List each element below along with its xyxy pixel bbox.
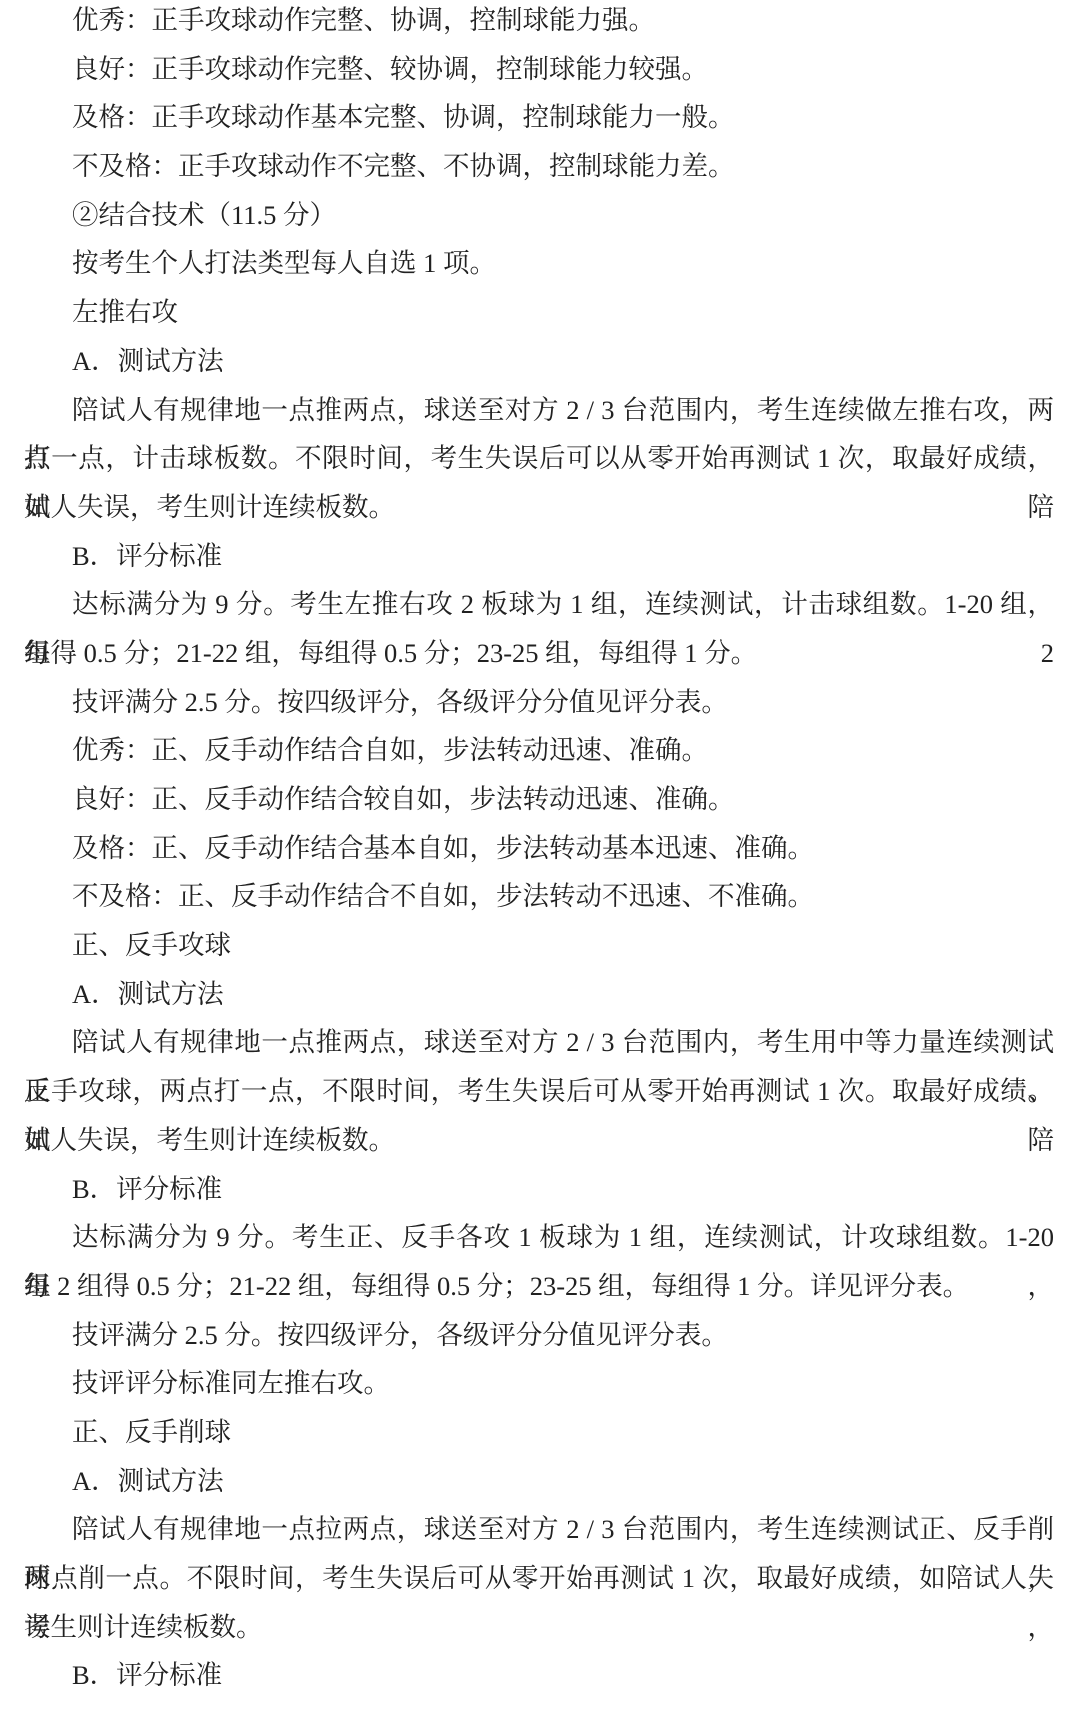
heading-test-method: A．测试方法 (24, 1457, 1054, 1506)
text-line: 打一点，计击球板数。不限时间，考生失误后可以从零开始再测试 1 次，取最好成绩，… (24, 434, 1054, 483)
heading-scoring-standard: B．评分标准 (24, 1651, 1054, 1700)
text-line: 陪试人有规律地一点推两点，球送至对方 2 / 3 台范围内，考生连续做左推右攻，… (24, 386, 1054, 435)
text-line: 陪试人有规律地一点推两点，球送至对方 2 / 3 台范围内，考生用中等力量连续测… (24, 1018, 1054, 1067)
heading-fore-back-chop: 正、反手削球 (24, 1408, 1054, 1457)
text-line: 每 2 组得 0.5 分；21-22 组，每组得 0.5 分；23-25 组，每… (24, 1262, 1054, 1311)
text-line: 反手攻球，两点打一点，不限时间，考生失误后可从零开始再测试 1 次。取最好成绩。… (24, 1067, 1054, 1116)
text-line-grade-pass: 及格：正、反手动作结合基本自如，步法转动基本迅速、准确。 (24, 824, 1054, 873)
text-line-grade-fail: 不及格：正手攻球动作不完整、不协调，控制球能力差。 (24, 142, 1054, 191)
text-line: 达标满分为 9 分。考生左推右攻 2 板球为 1 组，连续测试，计击球组数。1-… (24, 580, 1054, 629)
heading-combined-technique: ②结合技术（11.5 分） (24, 191, 1054, 240)
text-line: 技评满分 2.5 分。按四级评分，各级评分分值见评分表。 (24, 1311, 1054, 1360)
heading-scoring-standard: B．评分标准 (24, 532, 1054, 581)
heading-scoring-standard: B．评分标准 (24, 1165, 1054, 1214)
text-line-grade-good: 良好：正手攻球动作完整、较协调，控制球能力较强。 (24, 45, 1054, 94)
heading-left-push-right-attack: 左推右攻 (24, 288, 1054, 337)
text-line-grade-good: 良好：正、反手动作结合较自如，步法转动迅速、准确。 (24, 775, 1054, 824)
text-line-grade-excellent: 优秀：正手攻球动作完整、协调，控制球能力强。 (24, 0, 1054, 45)
text-line: 达标满分为 9 分。考生正、反手各攻 1 板球为 1 组，连续测试，计攻球组数。… (24, 1213, 1054, 1262)
text-line-grade-pass: 及格：正手攻球动作基本完整、协调，控制球能力一般。 (24, 93, 1054, 142)
document-page: 优秀：正手攻球动作完整、协调，控制球能力强。 良好：正手攻球动作完整、较协调，控… (24, 0, 1054, 1700)
heading-fore-back-attack: 正、反手攻球 (24, 921, 1054, 970)
text-line: 陪试人有规律地一点拉两点，球送至对方 2 / 3 台范围内，考生连续测试正、反手… (24, 1505, 1054, 1554)
text-line-grade-fail: 不及格：正、反手动作结合不自如，步法转动不迅速、不准确。 (24, 872, 1054, 921)
text-line-grade-excellent: 优秀：正、反手动作结合自如，步法转动迅速、准确。 (24, 726, 1054, 775)
heading-test-method: A．测试方法 (24, 970, 1054, 1019)
text-line: 按考生个人打法类型每人自选 1 项。 (24, 239, 1054, 288)
text-line: 两点削一点。不限时间，考生失误后可从零开始再测试 1 次，取最好成绩，如陪试人失… (24, 1554, 1054, 1603)
text-line: 技评评分标准同左推右攻。 (24, 1359, 1054, 1408)
text-line: 技评满分 2.5 分。按四级评分，各级评分分值见评分表。 (24, 678, 1054, 727)
heading-test-method: A．测试方法 (24, 337, 1054, 386)
